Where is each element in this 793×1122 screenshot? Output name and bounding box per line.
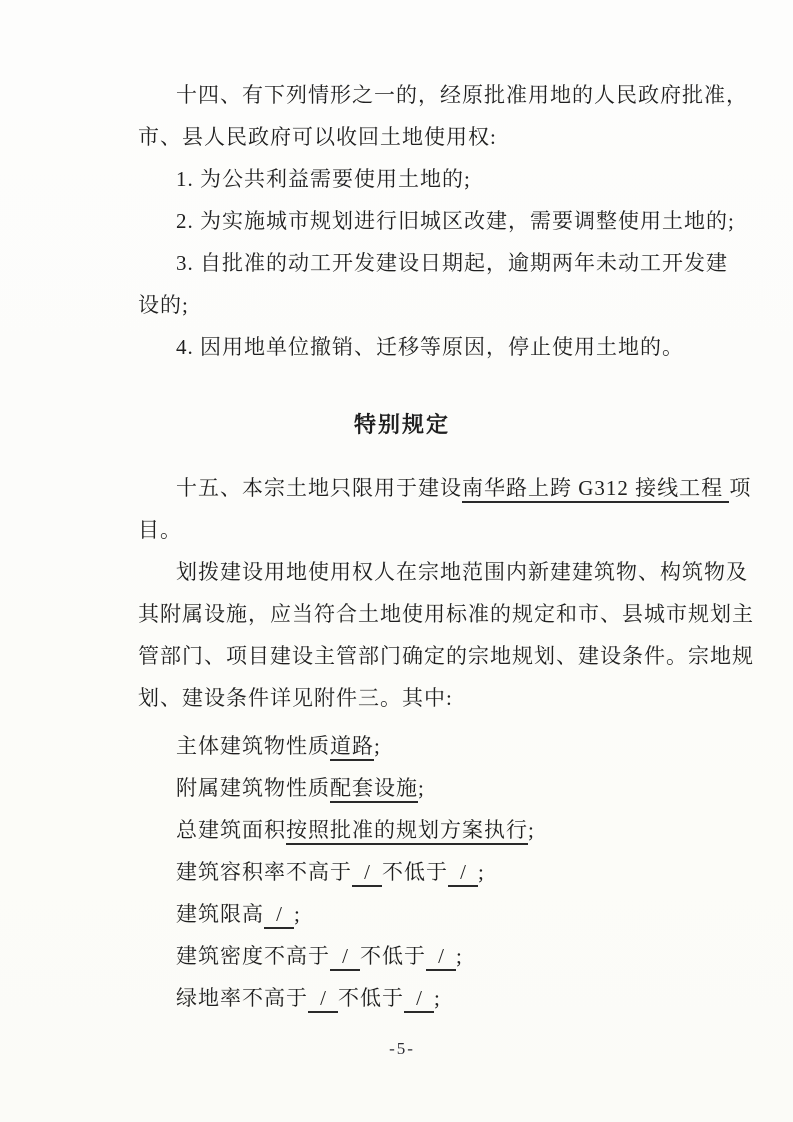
main-structure-semicolon: ; <box>374 734 381 758</box>
project-name-underlined: 南华路上跨 G312 接线工程 <box>462 476 729 503</box>
main-structure-value-underlined: 道路 <box>330 734 374 761</box>
height-limit-semicolon: ; <box>294 902 301 926</box>
clause14-line2: 市、县人民政府可以收回土地使用权: <box>138 116 666 158</box>
clause14-item3-line2: 设的; <box>138 284 666 326</box>
allocation-line2: 其附属设施，应当符合土地使用标准的规定和市、县城市规划主 <box>138 593 666 635</box>
condition-green-ratio: 绿地率不高于/不低于/; <box>138 977 666 1019</box>
clause14-item2: 2. 为实施城市规划进行旧城区改建，需要调整使用土地的; <box>138 200 666 242</box>
far-min-blank: / <box>448 860 478 887</box>
aux-structure-semicolon: ; <box>418 776 425 800</box>
green-min-blank: / <box>404 986 434 1013</box>
condition-total-area: 总建筑面积按照批准的规划方案执行; <box>138 809 666 851</box>
density-min-blank: / <box>426 944 456 971</box>
main-structure-label: 主体建筑物性质 <box>176 734 330 758</box>
density-label-min: 不低于 <box>360 944 426 968</box>
total-area-semicolon: ; <box>528 818 535 842</box>
far-semicolon: ; <box>478 860 485 884</box>
condition-floor-area-ratio: 建筑容积率不高于/不低于/; <box>138 851 666 893</box>
density-label-max: 建筑密度不高于 <box>176 944 330 968</box>
clause15-prefix: 十五、本宗土地只限用于建设 <box>176 476 462 500</box>
aux-structure-label: 附属建筑物性质 <box>176 776 330 800</box>
clause14-item3-line1: 3. 自批准的动工开发建设日期起，逾期两年未动工开发建 <box>138 242 666 284</box>
total-area-label: 总建筑面积 <box>176 818 286 842</box>
scanned-document-page: 十四、有下列情形之一的，经原批准用地的人民政府批准， 市、县人民政府可以收回土地… <box>0 0 793 1122</box>
clause14-item1: 1. 为公共利益需要使用土地的; <box>138 158 666 200</box>
far-label-max: 建筑容积率不高于 <box>176 860 352 884</box>
density-max-blank: / <box>330 944 360 971</box>
total-area-value-underlined: 按照批准的规划方案执行 <box>286 818 528 845</box>
far-label-min: 不低于 <box>382 860 448 884</box>
special-provisions-heading: 特别规定 <box>138 404 666 446</box>
green-label-max: 绿地率不高于 <box>176 986 308 1010</box>
clause15-line2: 目。 <box>138 509 666 551</box>
density-semicolon: ; <box>456 944 463 968</box>
allocation-line3: 管部门、项目建设主管部门确定的宗地规划、建设条件。宗地规 <box>138 635 666 677</box>
green-semicolon: ; <box>434 986 441 1010</box>
clause15-suffix: 项 <box>729 476 751 500</box>
clause14-line1: 十四、有下列情形之一的，经原批准用地的人民政府批准， <box>138 74 666 116</box>
condition-height-limit: 建筑限高/; <box>138 893 666 935</box>
aux-structure-value-underlined: 配套设施 <box>330 776 418 803</box>
condition-building-density: 建筑密度不高于/不低于/; <box>138 935 666 977</box>
green-label-min: 不低于 <box>338 986 404 1010</box>
height-limit-label: 建筑限高 <box>176 902 264 926</box>
condition-main-structure: 主体建筑物性质道路; <box>138 725 666 767</box>
height-limit-blank: / <box>264 902 294 929</box>
allocation-line4: 划、建设条件详见附件三。其中: <box>138 677 666 719</box>
clause15-line1: 十五、本宗土地只限用于建设南华路上跨 G312 接线工程 项 <box>138 467 666 509</box>
condition-aux-structure: 附属建筑物性质配套设施; <box>138 767 666 809</box>
page-number: -5- <box>138 1036 666 1062</box>
clause14-item4: 4. 因用地单位撤销、迁移等原因，停止使用土地的。 <box>138 326 666 368</box>
far-max-blank: / <box>352 860 382 887</box>
allocation-line1: 划拨建设用地使用权人在宗地范围内新建建筑物、构筑物及 <box>138 551 666 593</box>
green-max-blank: / <box>308 986 338 1013</box>
